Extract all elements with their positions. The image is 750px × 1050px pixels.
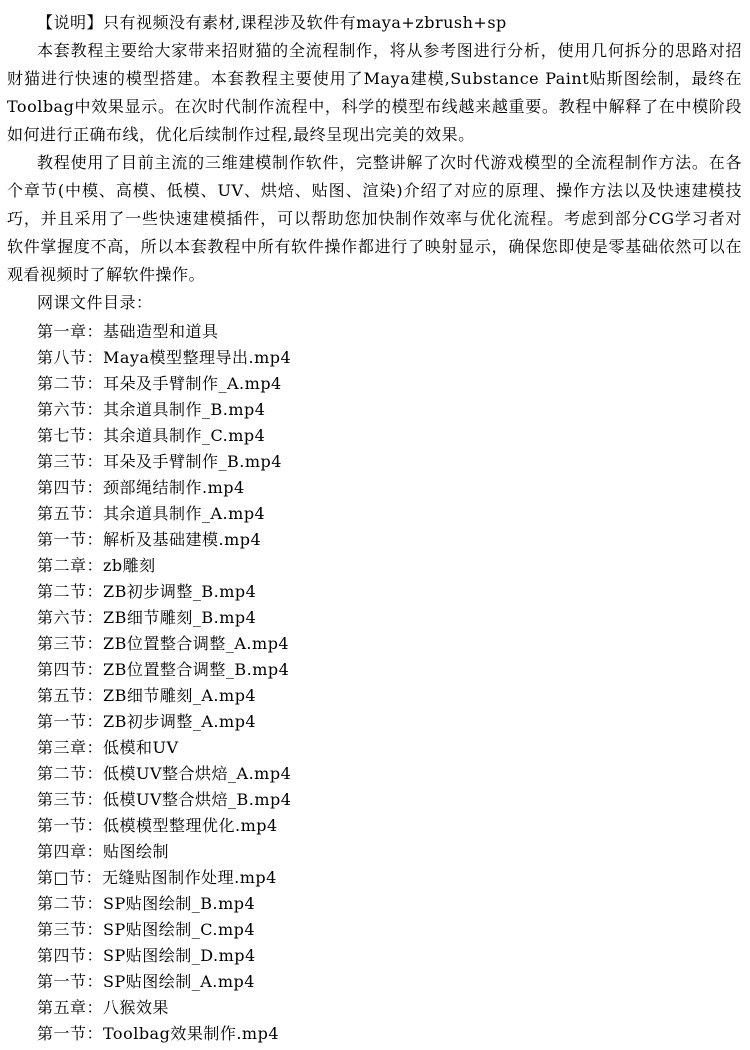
toc-lesson-item: 第五节：ZB细节雕刻_A.mp4	[7, 683, 742, 709]
course-note: 【说明】只有视频没有素材,课程涉及软件有maya+zbrush+sp	[7, 9, 742, 37]
toc-lesson-item: 第三节：低模UV整合烘焙_B.mp4	[7, 787, 742, 813]
toc-lesson-item: 第七节：其余道具制作_C.mp4	[7, 423, 742, 449]
document-page: 【说明】只有视频没有素材,课程涉及软件有maya+zbrush+sp 本套教程主…	[0, 0, 750, 1050]
toc-lesson-item: 第二节：ZB初步调整_B.mp4	[7, 579, 742, 605]
toc-lesson-item: 第二节：低模UV整合烘焙_A.mp4	[7, 761, 742, 787]
course-description: 本套教程主要给大家带来招财猫的全流程制作，将从参考图进行分析，使用几何拆分的思路…	[7, 37, 742, 289]
toc-heading: 网课文件目录：	[7, 289, 742, 317]
toc-lesson-item: 第四节：ZB位置整合调整_B.mp4	[7, 657, 742, 683]
toc-lesson-item: 第一节：SP贴图绘制_A.mp4	[7, 969, 742, 995]
toc-lesson-item: 第六节：ZB细节雕刻_B.mp4	[7, 605, 742, 631]
toc-lesson-item: 第三节：ZB位置整合调整_A.mp4	[7, 631, 742, 657]
toc-chapter-item: 第四章：贴图绘制	[7, 839, 742, 865]
toc-lesson-item: 第□节：无缝贴图制作处理.mp4	[7, 865, 742, 891]
toc-chapter-item: 第五章：八猴效果	[7, 995, 742, 1021]
course-description-paragraph: 本套教程主要给大家带来招财猫的全流程制作，将从参考图进行分析，使用几何拆分的思路…	[7, 37, 742, 149]
toc-chapter-item: 第一章：基础造型和道具	[7, 319, 742, 345]
toc-lesson-item: 第一节：低模模型整理优化.mp4	[7, 813, 742, 839]
toc-lesson-item: 第二节：耳朵及手臂制作_A.mp4	[7, 371, 742, 397]
toc-lesson-item: 第五节：其余道具制作_A.mp4	[7, 501, 742, 527]
toc-lesson-item: 第一节：Toolbag效果制作.mp4	[7, 1021, 742, 1047]
toc-lesson-item: 第一节：解析及基础建模.mp4	[7, 527, 742, 553]
toc-list: 第一章：基础造型和道具第八节：Maya模型整理导出.mp4第二节：耳朵及手臂制作…	[7, 319, 742, 1047]
toc-chapter-item: 第三章：低模和UV	[7, 735, 742, 761]
toc-lesson-item: 第六节：其余道具制作_B.mp4	[7, 397, 742, 423]
toc-lesson-item: 第二节：SP贴图绘制_B.mp4	[7, 891, 742, 917]
toc-lesson-item: 第三节：耳朵及手臂制作_B.mp4	[7, 449, 742, 475]
toc-chapter-item: 第二章：zb雕刻	[7, 553, 742, 579]
toc-lesson-item: 第八节：Maya模型整理导出.mp4	[7, 345, 742, 371]
toc-lesson-item: 第四节：SP贴图绘制_D.mp4	[7, 943, 742, 969]
toc-lesson-item: 第一节：ZB初步调整_A.mp4	[7, 709, 742, 735]
course-description-paragraph: 教程使用了目前主流的三维建模制作软件，完整讲解了次时代游戏模型的全流程制作方法。…	[7, 149, 742, 289]
toc-lesson-item: 第四节：颈部绳结制作.mp4	[7, 475, 742, 501]
toc-lesson-item: 第三节：SP贴图绘制_C.mp4	[7, 917, 742, 943]
